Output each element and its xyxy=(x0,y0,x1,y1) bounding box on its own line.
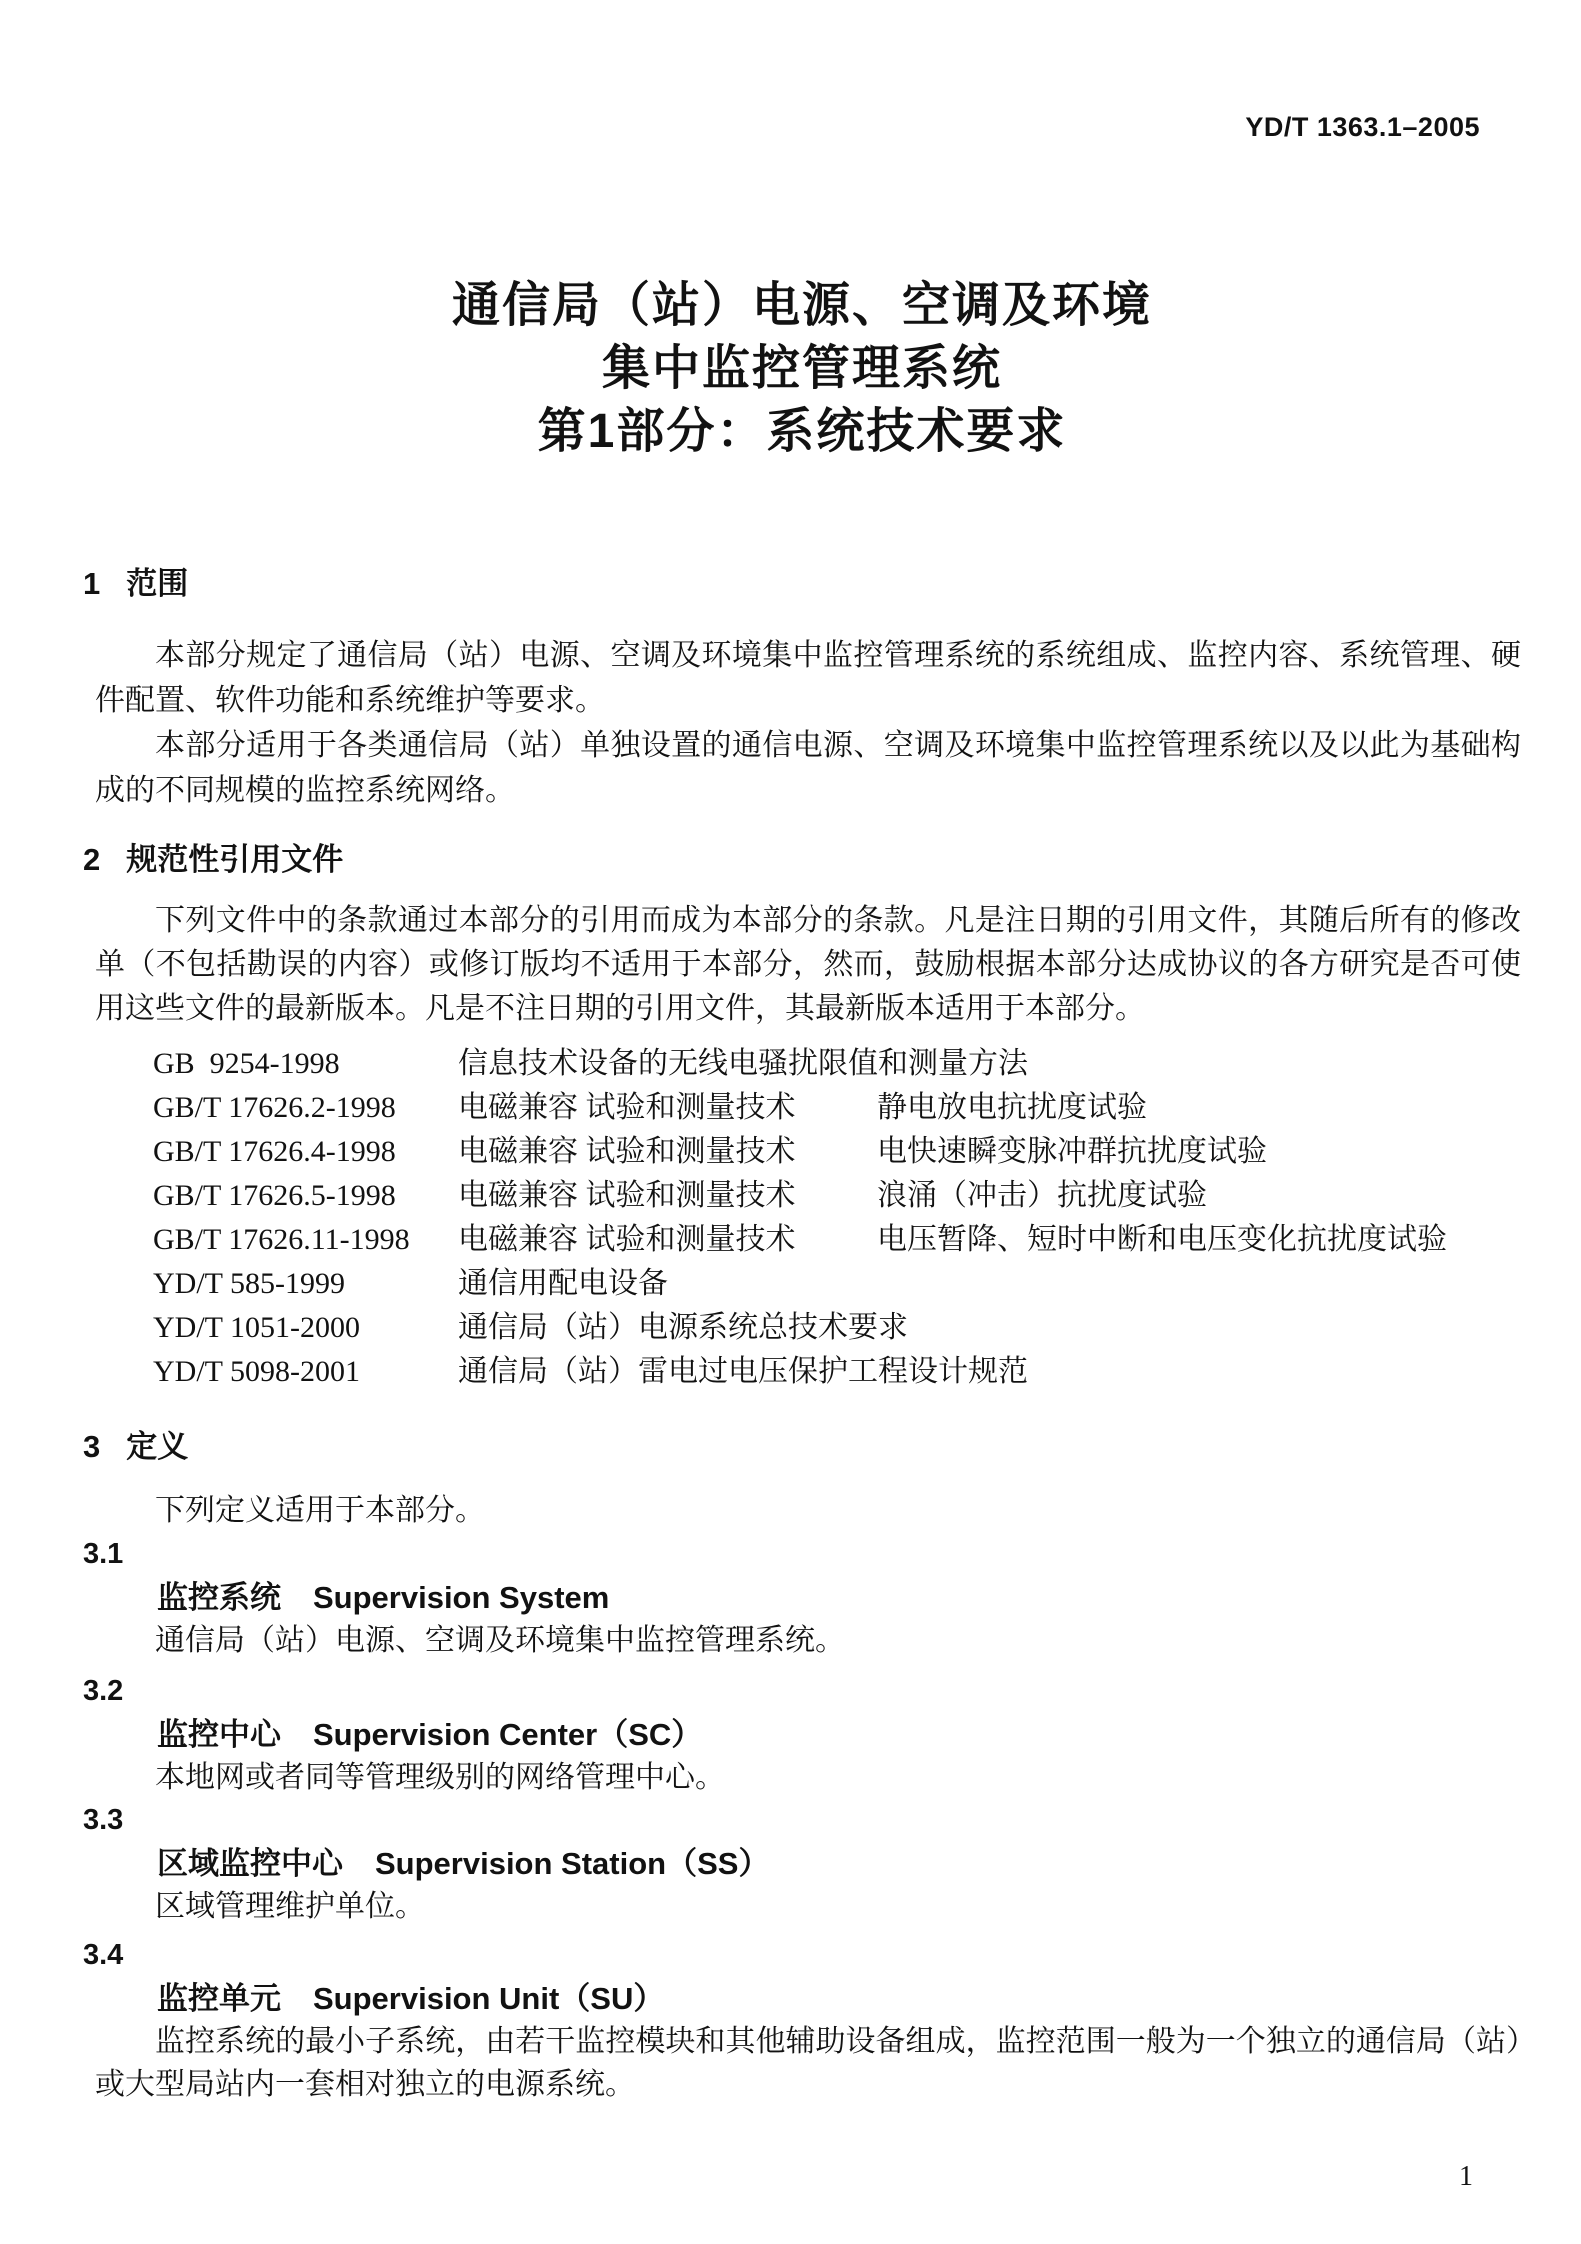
term-chinese: 监控系统 xyxy=(157,1580,281,1615)
reference-code: GB/T 17626.4-1998 xyxy=(153,1130,458,1174)
references-intro-paragraph: 下列文件中的条款通过本部分的引用而成为本部分的条款。凡是注日期的引用文件，其随后… xyxy=(95,899,1521,1031)
reference-code: GB 9254-1998 xyxy=(153,1042,458,1086)
definition-3-4-text: 监控系统的最小子系统，由若干监控模块和其他辅助设备组成，监控范围一般为一个独立的… xyxy=(95,2020,1521,2106)
definition-3-1-number: 3.1 xyxy=(83,1533,1521,1576)
reference-code: YD/T 1051-2000 xyxy=(153,1306,458,1350)
reference-code: YD/T 585-1999 xyxy=(153,1262,458,1306)
document-title: 通信局（站）电源、空调及环境 集中监控管理系统 第1部分：系统技术要求 xyxy=(83,274,1521,463)
term-chinese: 监控中心 xyxy=(157,1717,281,1752)
definition-3-3-term-line: 区域监控中心Supervision Station（SS） xyxy=(95,1842,1521,1885)
doc-code: YD/T 1363.1–2005 xyxy=(83,110,1521,144)
section-1-number: 1 xyxy=(83,563,100,605)
page-number: 1 xyxy=(1459,2160,1473,2194)
definition-3-4-term-line: 监控单元Supervision Unit（SU） xyxy=(95,1977,1521,2020)
reference-title: 通信局（站）雷电过电压保护工程设计规范 xyxy=(458,1350,1521,1394)
reference-note: 静电放电抗扰度试验 xyxy=(877,1086,1521,1130)
section-2-title: 规范性引用文件 xyxy=(126,842,343,877)
reference-title: 电磁兼容 试验和测量技术 xyxy=(458,1174,877,1218)
section-2-heading: 2规范性引用文件 xyxy=(83,839,1521,881)
reference-note: 电快速瞬变脉冲群抗扰度试验 xyxy=(877,1130,1521,1174)
reference-title: 通信用配电设备 xyxy=(458,1262,1521,1306)
term-english: Supervision Station（SS） xyxy=(375,1846,769,1881)
definition-3-2-text: 本地网或者同等管理级别的网络管理中心。 xyxy=(95,1756,1521,1799)
definition-3-1-term-line: 监控系统Supervision System xyxy=(95,1576,1521,1619)
definition-3-2-number: 3.2 xyxy=(83,1670,1521,1713)
reference-title: 电磁兼容 试验和测量技术 xyxy=(458,1218,877,1262)
reference-note: 浪涌（冲击）抗扰度试验 xyxy=(877,1174,1521,1218)
section-3-title: 定义 xyxy=(126,1429,188,1464)
term-chinese: 监控单元 xyxy=(157,1981,281,2016)
title-line-3: 第1部分：系统技术要求 xyxy=(83,400,1521,463)
scope-paragraph-1: 本部分规定了通信局（站）电源、空调及环境集中监控管理系统的系统组成、监控内容、系… xyxy=(95,633,1521,723)
reference-row: YD/T 1051-2000 通信局（站）电源系统总技术要求 xyxy=(153,1306,1521,1350)
document-page: YD/T 1363.1–2005 通信局（站）电源、空调及环境 集中监控管理系统… xyxy=(0,0,1581,2244)
scope-paragraph-2: 本部分适用于各类通信局（站）单独设置的通信电源、空调及环境集中监控管理系统以及以… xyxy=(95,723,1521,813)
reference-title: 信息技术设备的无线电骚扰限值和测量方法 xyxy=(458,1042,1521,1086)
reference-row: GB/T 17626.11-1998 电磁兼容 试验和测量技术 电压暂降、短时中… xyxy=(153,1218,1521,1262)
references-list: GB 9254-1998 信息技术设备的无线电骚扰限值和测量方法 GB/T 17… xyxy=(153,1042,1521,1394)
definition-3-4-number: 3.4 xyxy=(83,1934,1521,1977)
reference-row: GB/T 17626.5-1998 电磁兼容 试验和测量技术 浪涌（冲击）抗扰度… xyxy=(153,1174,1521,1218)
definition-3-3-text: 区域管理维护单位。 xyxy=(95,1885,1521,1928)
reference-row: YD/T 585-1999 通信用配电设备 xyxy=(153,1262,1521,1306)
section-1-heading: 1范围 xyxy=(83,563,1521,605)
reference-title: 通信局（站）电源系统总技术要求 xyxy=(458,1306,1521,1350)
reference-row: GB/T 17626.2-1998 电磁兼容 试验和测量技术 静电放电抗扰度试验 xyxy=(153,1086,1521,1130)
term-english: Supervision System xyxy=(313,1580,609,1615)
term-chinese: 区域监控中心 xyxy=(157,1846,343,1881)
term-english: Supervision Center（SC） xyxy=(313,1717,702,1752)
section-3-heading: 3定义 xyxy=(83,1426,1521,1468)
section-1-title: 范围 xyxy=(126,566,188,601)
title-line-2: 集中监控管理系统 xyxy=(83,337,1521,400)
reference-code: GB/T 17626.2-1998 xyxy=(153,1086,458,1130)
reference-code: YD/T 5098-2001 xyxy=(153,1350,458,1394)
definitions-intro: 下列定义适用于本部分。 xyxy=(95,1488,1521,1533)
reference-title: 电磁兼容 试验和测量技术 xyxy=(458,1130,877,1174)
definition-3-3-number: 3.3 xyxy=(83,1799,1521,1842)
definition-3-1-text: 通信局（站）电源、空调及环境集中监控管理系统。 xyxy=(95,1619,1521,1662)
title-line-1: 通信局（站）电源、空调及环境 xyxy=(83,274,1521,337)
reference-note: 电压暂降、短时中断和电压变化抗扰度试验 xyxy=(877,1218,1521,1262)
reference-code: GB/T 17626.5-1998 xyxy=(153,1174,458,1218)
reference-row: GB/T 17626.4-1998 电磁兼容 试验和测量技术 电快速瞬变脉冲群抗… xyxy=(153,1130,1521,1174)
reference-code: GB/T 17626.11-1998 xyxy=(153,1218,458,1262)
section-3-number: 3 xyxy=(83,1426,100,1468)
term-english: Supervision Unit（SU） xyxy=(313,1981,664,2016)
reference-row: GB 9254-1998 信息技术设备的无线电骚扰限值和测量方法 xyxy=(153,1042,1521,1086)
reference-row: YD/T 5098-2001 通信局（站）雷电过电压保护工程设计规范 xyxy=(153,1350,1521,1394)
section-2-number: 2 xyxy=(83,839,100,881)
definition-3-2-term-line: 监控中心Supervision Center（SC） xyxy=(95,1713,1521,1756)
reference-title: 电磁兼容 试验和测量技术 xyxy=(458,1086,877,1130)
